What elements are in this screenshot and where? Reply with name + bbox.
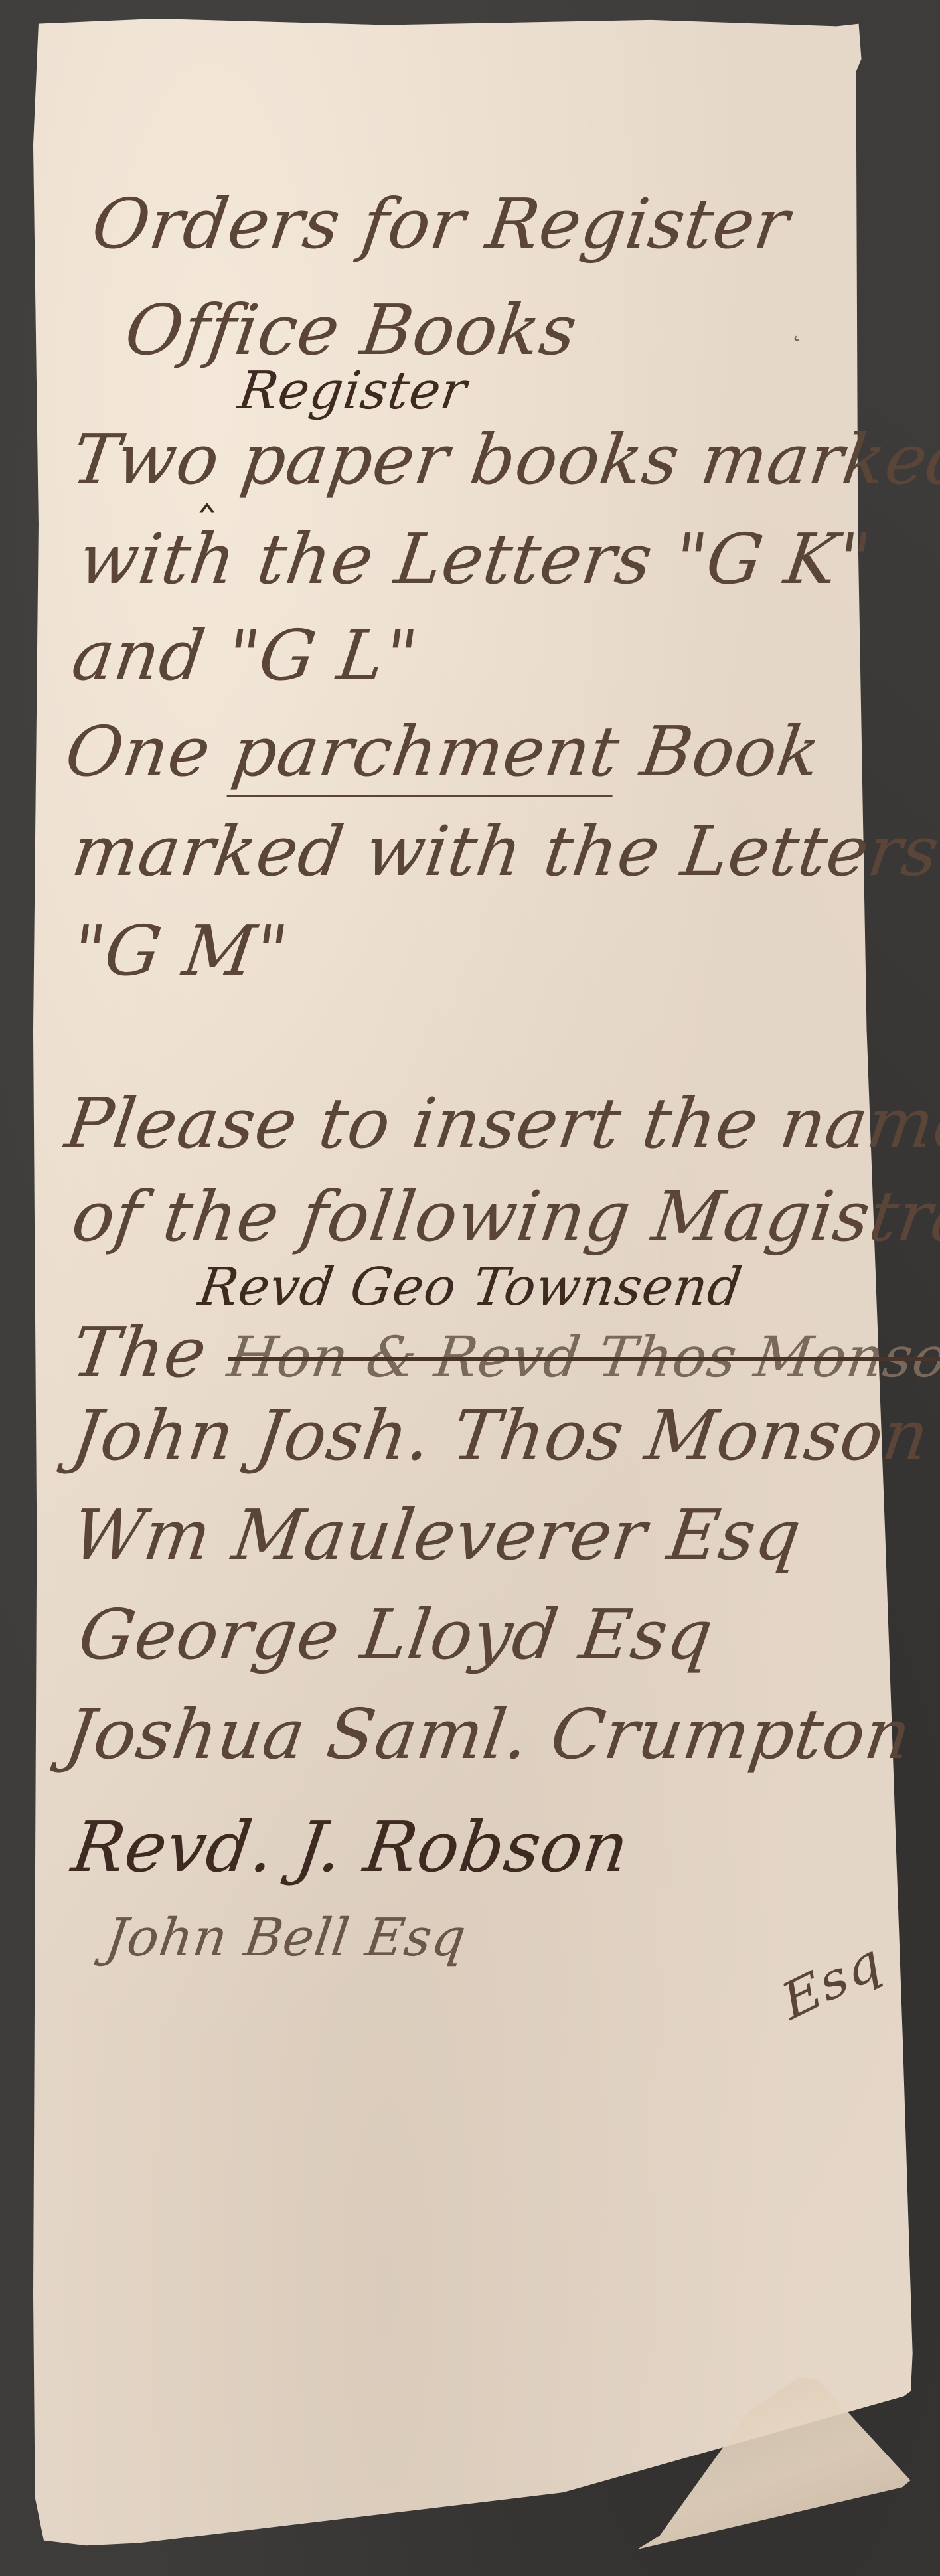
inserted-name-townsend: Revd Geo Townsend — [196, 1261, 940, 1313]
heading-line-1: Orders for Register — [88, 189, 921, 258]
magistrate-3: George Lloyd Esq — [75, 1600, 908, 1669]
magistrate-1: John Josh. Thos Monson — [68, 1401, 901, 1470]
parchment-line-3: "G M" — [68, 916, 901, 985]
magistrate-2: Wm Mauleverer Esq — [68, 1500, 901, 1570]
paper-books-line-1: Two paper books marked — [68, 425, 901, 494]
request-line-2: of the following Magistrates — [68, 1182, 901, 1251]
paper-books-line-2: with the Letters "G K" — [75, 524, 908, 594]
heading-line-2: Office Books — [121, 295, 940, 364]
parchment-line-2: marked with the Letters — [68, 817, 901, 886]
parchment-line-1: One parchment Book — [62, 717, 895, 786]
magistrate-5: Revd. J. Robson — [68, 1812, 901, 1882]
request-line-1: Please to insert the names — [62, 1089, 895, 1158]
paper-books-line-3: and "G L" — [68, 621, 901, 690]
parchment-underlined-word: parchment — [226, 711, 625, 797]
magistrates-prefix-line: The Hon & Revd Thos Monson — [68, 1318, 901, 1387]
parchment-suffix: Book — [613, 711, 826, 792]
struck-through-name: Hon & Revd Thos Monson — [224, 1325, 940, 1390]
ink-mark: ˛ — [790, 312, 803, 343]
magistrate-6: John Bell Esq — [103, 1912, 933, 1964]
magistrate-4: Joshua Saml. Crumpton — [62, 1700, 895, 1769]
inserted-word-register: Register — [236, 365, 940, 417]
magistrates-prefix: The — [67, 1312, 212, 1393]
parchment-prefix: One — [60, 711, 238, 792]
